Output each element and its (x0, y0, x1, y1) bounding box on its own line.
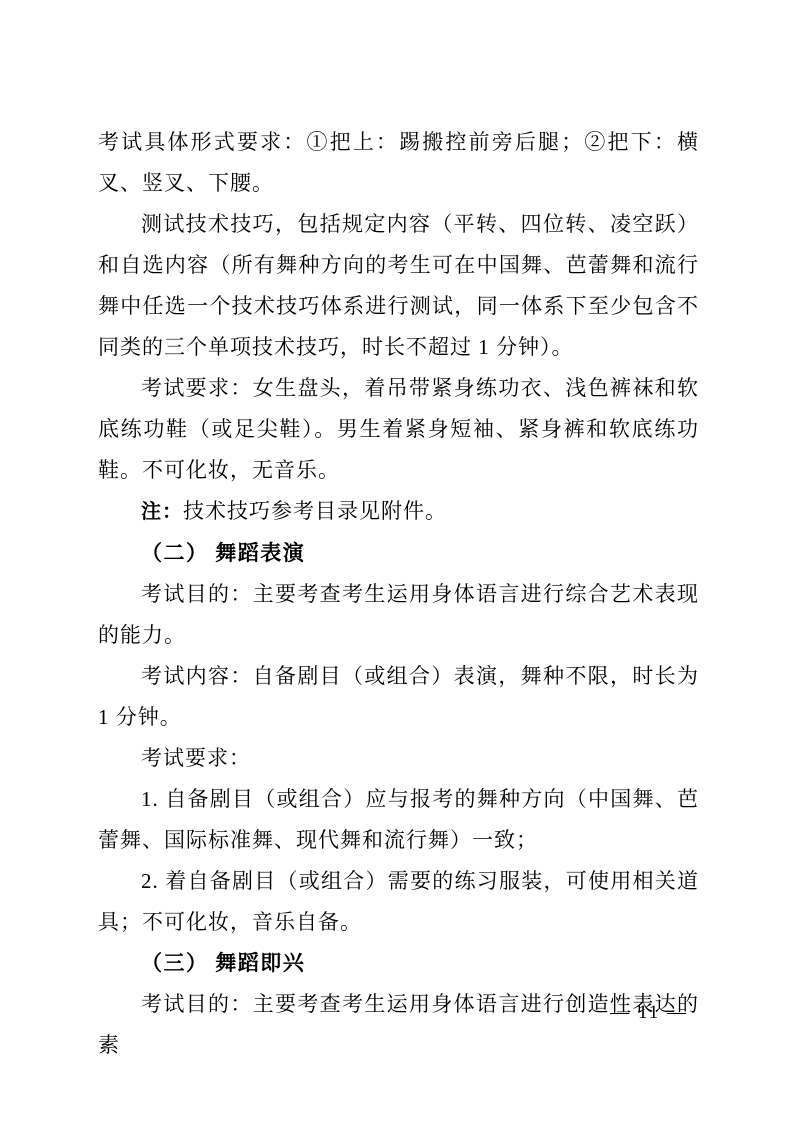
paragraph: 考试具体形式要求：①把上：踢搬控前旁后腿；②把下：横叉、竖叉、下腰。 (98, 122, 699, 204)
section-heading: （二） 舞蹈表演 (98, 533, 699, 574)
paragraph: 注：技术技巧参考目录见附件。 (98, 491, 699, 533)
paragraph: 1. 自备剧目（或组合）应与报考的舞种方向（中国舞、芭蕾舞、国际标准舞、现代舞和… (98, 779, 699, 861)
document-body: 考试具体形式要求：①把上：踢搬控前旁后腿；②把下：横叉、竖叉、下腰。测试技术技巧… (98, 122, 699, 1066)
document-page: 考试具体形式要求：①把上：踢搬控前旁后腿；②把下：横叉、竖叉、下腰。测试技术技巧… (0, 0, 794, 1122)
paragraph: 测试技术技巧，包括规定内容（平转、四位转、凌空跃）和自选内容（所有舞种方向的考生… (98, 204, 699, 368)
note-label: 注： (141, 501, 183, 523)
paragraph: 考试要求：女生盘头，着吊带紧身练功衣、浅色裤袜和软底练功鞋（或足尖鞋）。男生着紧… (98, 368, 699, 491)
page-number: — 11 — (610, 1002, 688, 1024)
paragraph: 考试要求： (98, 738, 699, 779)
paragraph: 考试目的：主要考查考生运用身体语言进行综合艺术表现的能力。 (98, 574, 699, 656)
paragraph: 2. 着自备剧目（或组合）需要的练习服装，可使用相关道具；不可化妆，音乐自备。 (98, 861, 699, 943)
section-heading: （三） 舞蹈即兴 (98, 943, 699, 984)
paragraph: 考试目的：主要考查考生运用身体语言进行创造性表达的素 (98, 984, 699, 1066)
paragraph: 考试内容：自备剧目（或组合）表演，舞种不限，时长为 1 分钟。 (98, 656, 699, 738)
